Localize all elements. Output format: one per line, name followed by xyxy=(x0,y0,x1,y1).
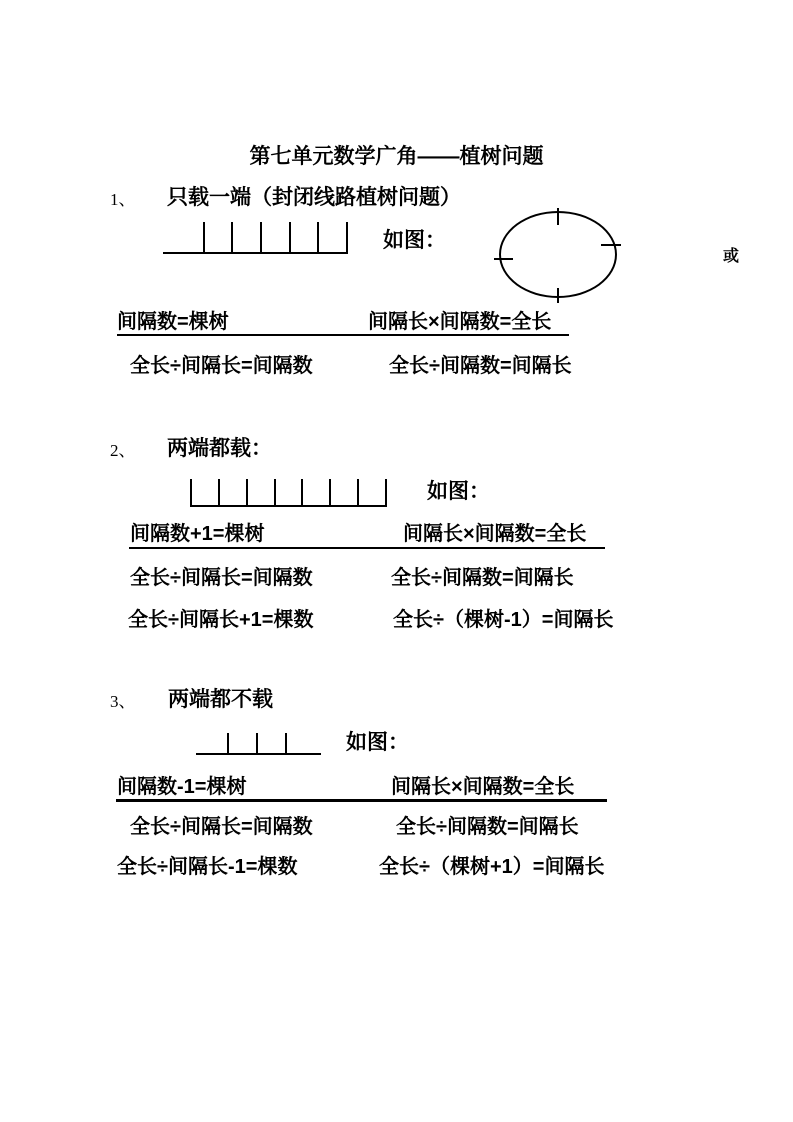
tick-mark xyxy=(346,222,348,252)
circle-tick-top xyxy=(557,208,559,225)
formula-right: 全长÷间隔数=间隔长 xyxy=(396,816,579,839)
tick-mark xyxy=(329,479,331,505)
figure-caption-label: 如图： xyxy=(383,229,446,253)
formula-right: 全长÷（棵树-1）=间隔长 xyxy=(393,609,613,632)
section-3-heading: 两端都不载 xyxy=(168,688,273,712)
tick-mark xyxy=(256,733,258,753)
closed-loop-diagram xyxy=(499,211,617,298)
figure-caption-label: 如图： xyxy=(346,731,409,755)
document-title: 第七单元数学广角——植树问题 xyxy=(0,145,793,169)
section-1-number: 1、 xyxy=(110,188,136,212)
tick-mark xyxy=(317,222,319,252)
formula-right: 全长÷（棵树+1）=间隔长 xyxy=(379,856,604,879)
tick-mark xyxy=(385,479,387,505)
circle-tick-right xyxy=(601,244,621,246)
formula-right: 全长÷间隔数=间隔长 xyxy=(389,355,572,378)
formula-left: 间隔数=棵树 xyxy=(117,311,229,334)
formula-right: 间隔长×间隔数=全长 xyxy=(391,776,574,799)
tick-mark xyxy=(227,733,229,753)
formula-left: 全长÷间隔长=间隔数 xyxy=(130,355,313,378)
circle-tick-left xyxy=(494,258,513,260)
formula-left: 间隔数-1=棵树 xyxy=(117,776,246,799)
circle-tick-bottom xyxy=(557,288,559,303)
tick-mark xyxy=(218,479,220,505)
tick-mark xyxy=(190,479,192,505)
section-1-heading: 只载一端（封闭线路植树问题） xyxy=(167,186,461,210)
tick-mark xyxy=(357,479,359,505)
document-page: 第七单元数学广角——植树问题 1、 只载一端（封闭线路植树问题） 如图： 或 间… xyxy=(0,0,793,1122)
underline-rule xyxy=(129,547,605,549)
tick-mark xyxy=(203,222,205,252)
tick-mark xyxy=(231,222,233,252)
tick-mark xyxy=(260,222,262,252)
section-2-heading: 两端都载： xyxy=(167,437,272,461)
formula-right: 全长÷间隔数=间隔长 xyxy=(391,567,574,590)
formula-left: 全长÷间隔长=间隔数 xyxy=(130,567,313,590)
underline-rule xyxy=(117,334,569,336)
underline-rule xyxy=(116,799,607,802)
tick-mark xyxy=(289,222,291,252)
section-2-number: 2、 xyxy=(110,439,136,463)
formula-right: 间隔长×间隔数=全长 xyxy=(368,311,551,334)
tick-mark xyxy=(285,733,287,753)
formula-left: 全长÷间隔长-1=棵数 xyxy=(117,856,297,879)
section-3-interval-diagram xyxy=(196,733,321,755)
formula-left: 全长÷间隔长=间隔数 xyxy=(130,816,313,839)
section-2-interval-diagram xyxy=(190,479,387,507)
formula-left: 间隔数+1=棵树 xyxy=(130,523,264,546)
formula-left: 全长÷间隔长+1=棵数 xyxy=(128,609,313,632)
section-3-number: 3、 xyxy=(110,690,136,714)
formula-right: 间隔长×间隔数=全长 xyxy=(403,523,586,546)
or-label: 或 xyxy=(723,243,739,266)
tick-mark xyxy=(301,479,303,505)
tick-mark xyxy=(274,479,276,505)
figure-caption-label: 如图： xyxy=(427,480,490,504)
tick-mark xyxy=(246,479,248,505)
section-1-interval-diagram xyxy=(163,222,348,254)
